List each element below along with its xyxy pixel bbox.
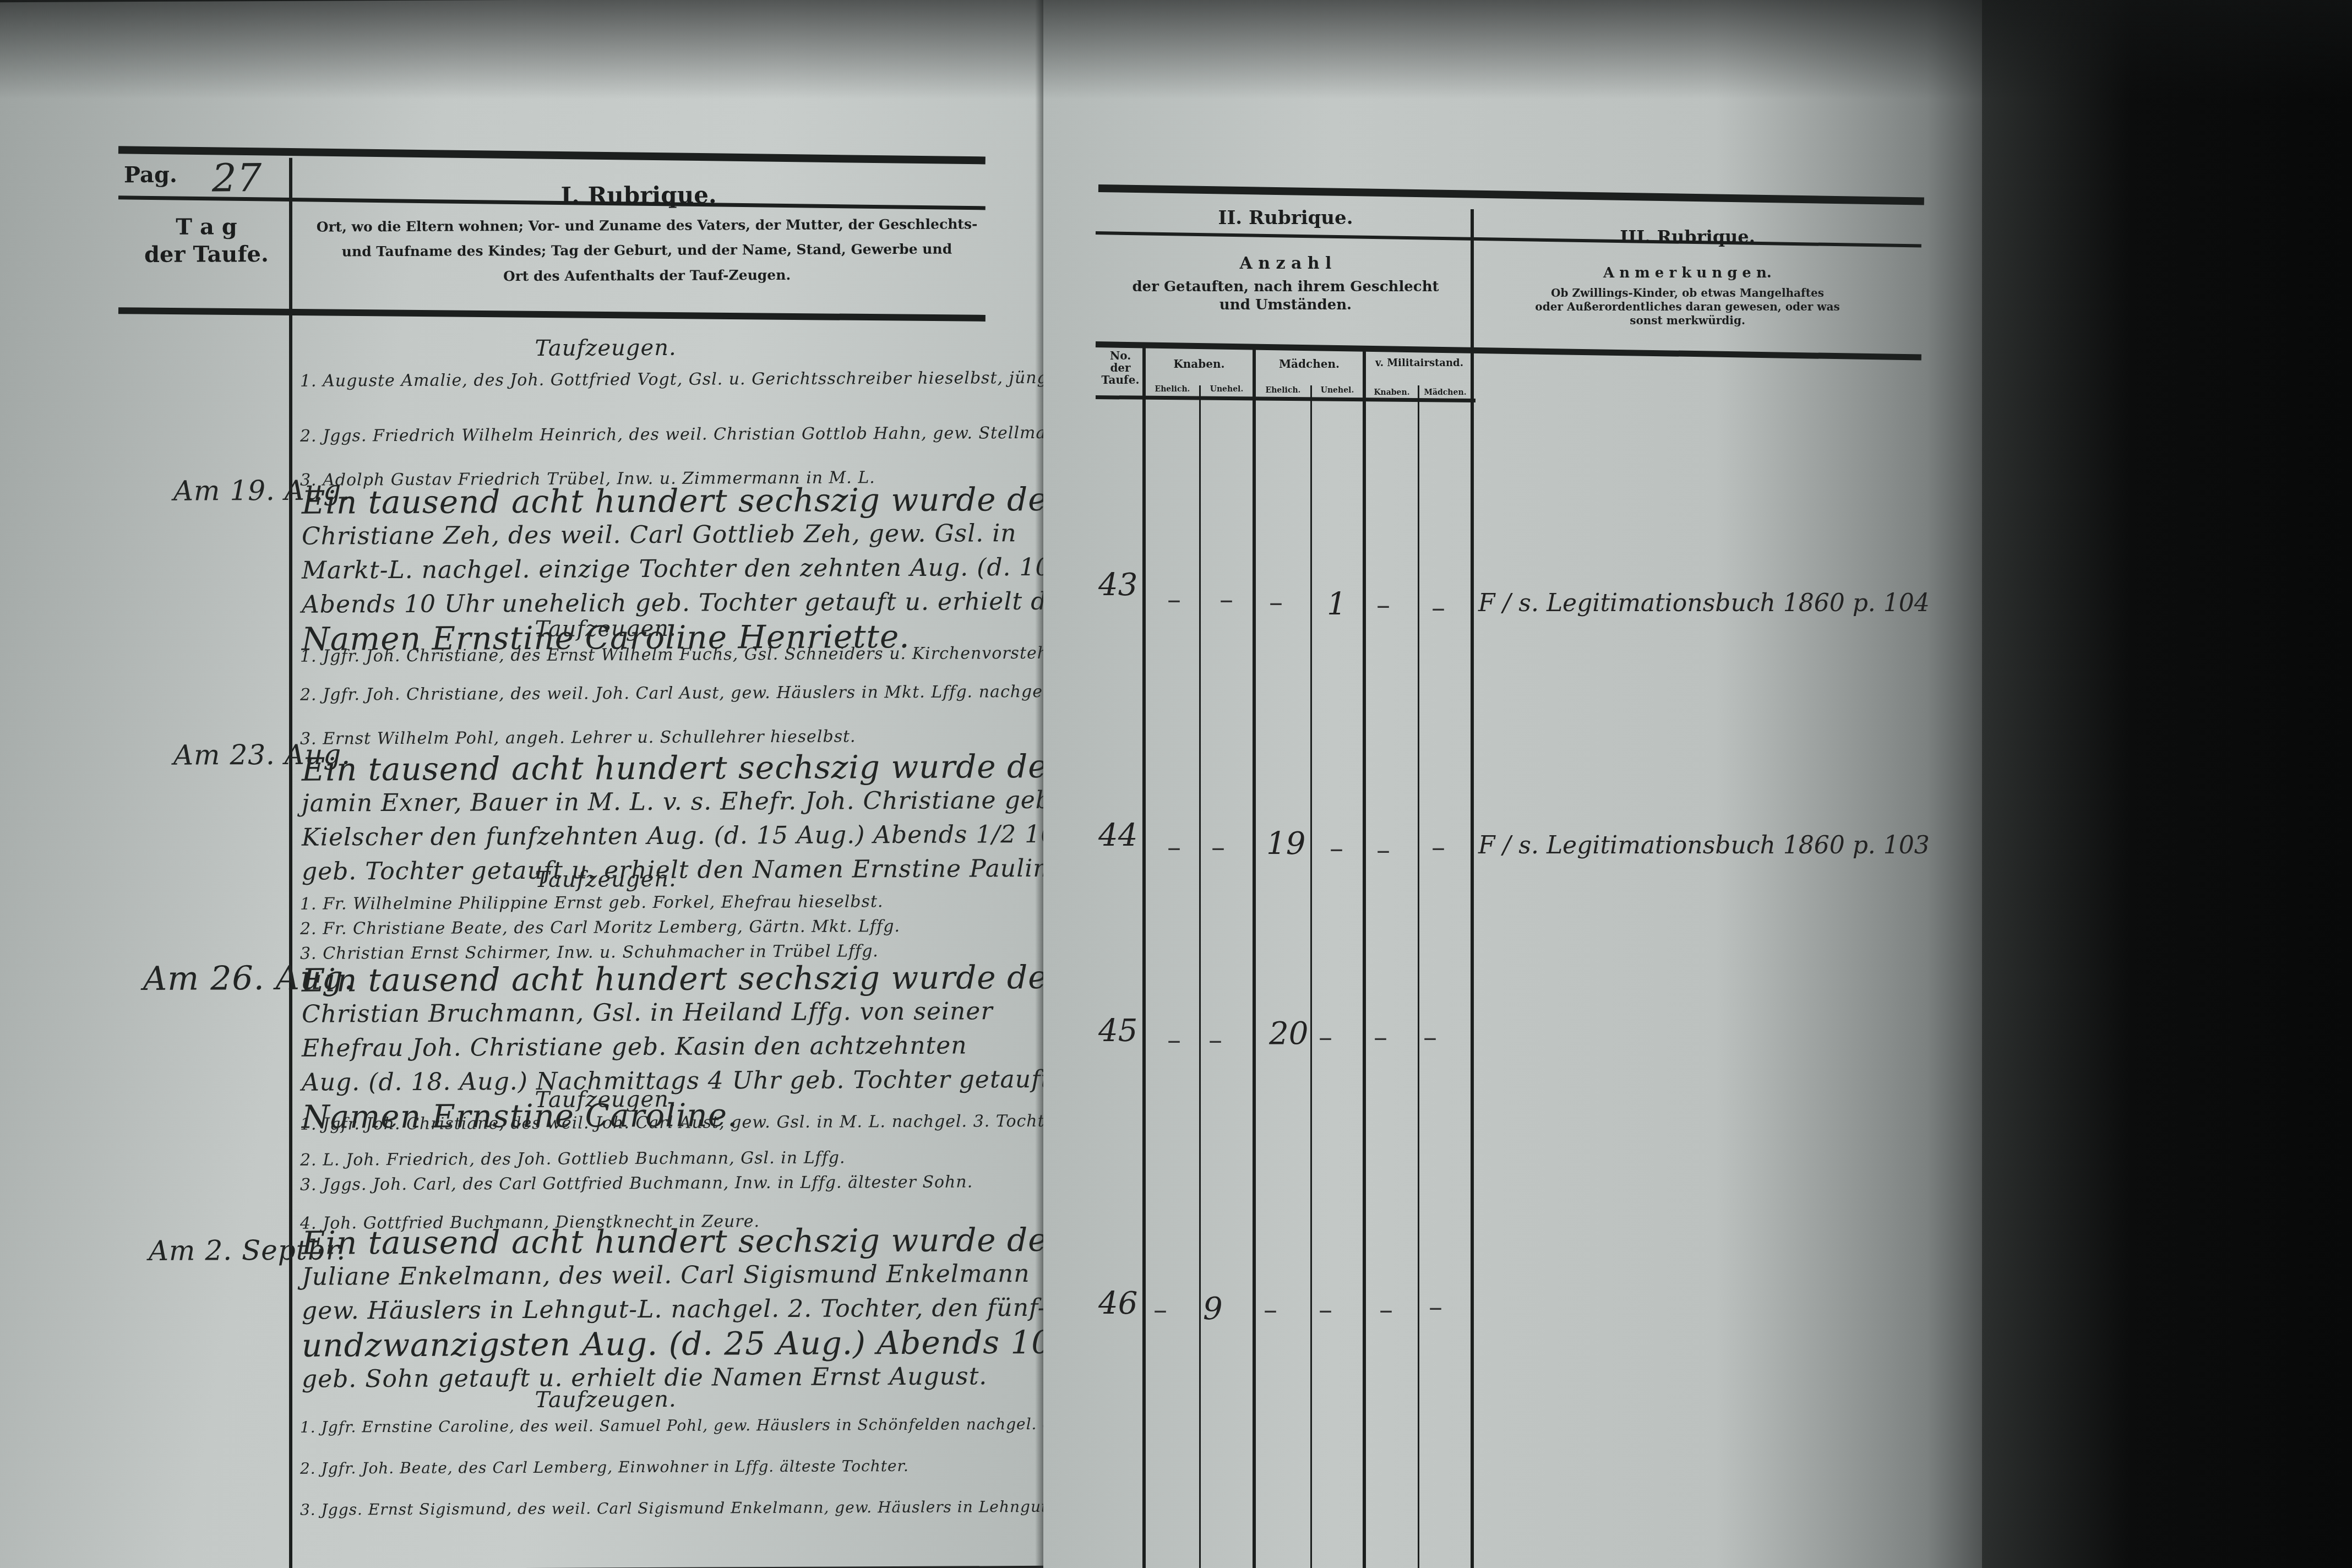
sub-header: Unehel. (1312, 386, 1363, 395)
rubrique-3-desc-line: sonst merkwürdig. (1478, 314, 1897, 328)
cell-knaben-unehelich: 9 (1203, 1291, 1223, 1327)
rubrique-2-description: der Getauften, nach ihrem Geschlecht und… (1098, 278, 1473, 314)
date-column-header: T a g der Taufe. (127, 213, 286, 269)
rubrique-1-desc-line: Ort, wo die Eltern wohnen; Vor- und Zuna… (308, 215, 986, 236)
rubrique-3-desc-line: oder Außerordentliches daran gewesen, od… (1478, 300, 1897, 314)
rubrique-1-title: I. Rubrique. (297, 179, 980, 211)
no-header-line: der (1098, 362, 1142, 374)
rubrique-divider (1471, 209, 1474, 1568)
rubrique-3-heading: A n m e r k u n g e n. (1478, 264, 1897, 282)
baptism-number: 46 (1098, 1286, 1137, 1321)
date-header-line-1: T a g (127, 213, 286, 241)
witness-line: 1. Jgfr. Joh. Christiane, des weil. Joh.… (300, 1104, 1068, 1142)
cell-maedchen-ehelich: – (1269, 586, 1283, 618)
header-bottom-rule (118, 307, 986, 322)
witness-line: 1. Auguste Amalie, des Joh. Gottfried Vo… (300, 361, 1152, 399)
baptism-number: 45 (1098, 1013, 1137, 1049)
col-line-knaben (1199, 385, 1201, 1568)
cell-maedchen-unehelich: 1 (1327, 586, 1347, 622)
cell-maedchen-unehelich: – (1330, 832, 1343, 864)
no-header-line: No. (1098, 350, 1142, 362)
no-der-taufe-header: No. der Taufe. (1098, 350, 1142, 386)
rubrique-3-description: Ob Zwillings-Kinder, ob etwas Mangelhaft… (1478, 286, 1897, 328)
cell-maedchen-ehelich: 20 (1269, 1016, 1308, 1052)
cell-knaben-unehelich: – (1208, 1024, 1222, 1056)
cell-knaben-ehelich: – (1167, 584, 1181, 616)
cell-militair-maedchen: – (1423, 1021, 1437, 1053)
rubrique-2-desc-line: der Getauften, nach ihrem Geschlecht (1098, 278, 1473, 296)
baptism-number: 44 (1098, 818, 1137, 853)
remark-text: F / s. Legitimationsbuch 1860 p. 103 (1478, 831, 1930, 859)
cell-knaben-ehelich: – (1167, 831, 1181, 863)
sub-header: Knaben. (1366, 389, 1418, 397)
rubrique-1-desc-line: und Taufname des Kindes; Tag der Geburt,… (308, 241, 986, 261)
cell-maedchen-ehelich: 19 (1266, 826, 1305, 862)
cell-militair-knaben: – (1374, 1021, 1387, 1053)
maedchen-header: Mädchen. (1256, 358, 1363, 370)
rubrique-1-description: Ort, wo die Eltern wohnen; Vor- und Zuna… (308, 215, 986, 285)
no-header-line: Taufe. (1098, 374, 1142, 386)
cell-militair-maedchen: – (1429, 1291, 1442, 1323)
cell-maedchen-ehelich: – (1264, 1294, 1277, 1326)
witness-line: 2. Jgfr. Joh. Beate, des Carl Lemberg, E… (300, 1449, 909, 1486)
rubrique-3-desc-line: Ob Zwillings-Kinder, ob etwas Mangelhaft… (1478, 286, 1897, 300)
cell-militair-knaben: – (1379, 1294, 1393, 1326)
register-left-page: Pag. 27 T a g der Taufe. I. Rubrique. Or… (0, 0, 1043, 1568)
col-line-no (1142, 347, 1146, 1568)
pag-number: 27 (212, 155, 262, 200)
cell-maedchen-unehelich: – (1319, 1294, 1332, 1326)
baptism-number: 43 (1098, 567, 1137, 603)
pag-label: Pag. (124, 161, 177, 189)
witness-heading: Taufzeugen. (496, 335, 716, 361)
sub-header: Ehelich. (1146, 385, 1199, 394)
cell-knaben-ehelich: – (1167, 1024, 1181, 1056)
cell-militair-maedchen: – (1431, 831, 1445, 863)
cell-knaben-unehelich: – (1211, 831, 1225, 863)
col-line-militair (1363, 347, 1366, 1568)
rubrique-3-title: III. Rubrique. (1478, 226, 1897, 248)
cell-maedchen-unehelich: – (1319, 1021, 1332, 1053)
rubrique-2-desc-line: und Umständen. (1098, 296, 1473, 314)
cell-knaben-ehelich: – (1153, 1294, 1167, 1326)
date-header-line-2: der Taufe. (127, 241, 286, 269)
top-shadow (0, 0, 2352, 99)
cell-militair-maedchen: – (1431, 592, 1445, 624)
col-line-maedchen-sub (1310, 385, 1312, 1568)
cell-knaben-unehelich: – (1219, 584, 1233, 616)
col-line-maedchen (1253, 347, 1256, 1568)
remark-text: F / s. Legitimationsbuch 1860 p. 104 (1478, 589, 1930, 617)
sub-header: Unehel. (1201, 385, 1253, 394)
knaben-header: Knaben. (1146, 358, 1253, 370)
rubrique-2-title: II. Rubrique. (1098, 206, 1473, 230)
rubrique-2-heading: A n z a h l (1098, 253, 1473, 274)
rubrique-1-desc-line: Ort des Aufenthalts der Tauf-Zeugen. (308, 265, 986, 286)
col-line-militair-sub (1418, 385, 1419, 1568)
sub-header: Ehelich. (1256, 386, 1310, 395)
date-column-divider (289, 158, 292, 1568)
militairstand-header: v. Militairstand. (1366, 358, 1473, 369)
cell-militair-knaben: – (1376, 834, 1390, 866)
witness-line: 3. Jggs. Joh. Carl, des Carl Gottfried B… (300, 1165, 973, 1202)
cell-militair-knaben: – (1376, 589, 1390, 621)
register-right-page: II. Rubrique. A n z a h l der Getauften,… (1043, 0, 2004, 1568)
dark-background-edge (1982, 0, 2352, 1568)
sub-header: Mädchen. (1420, 389, 1471, 397)
header-top-rule (1098, 184, 1924, 205)
